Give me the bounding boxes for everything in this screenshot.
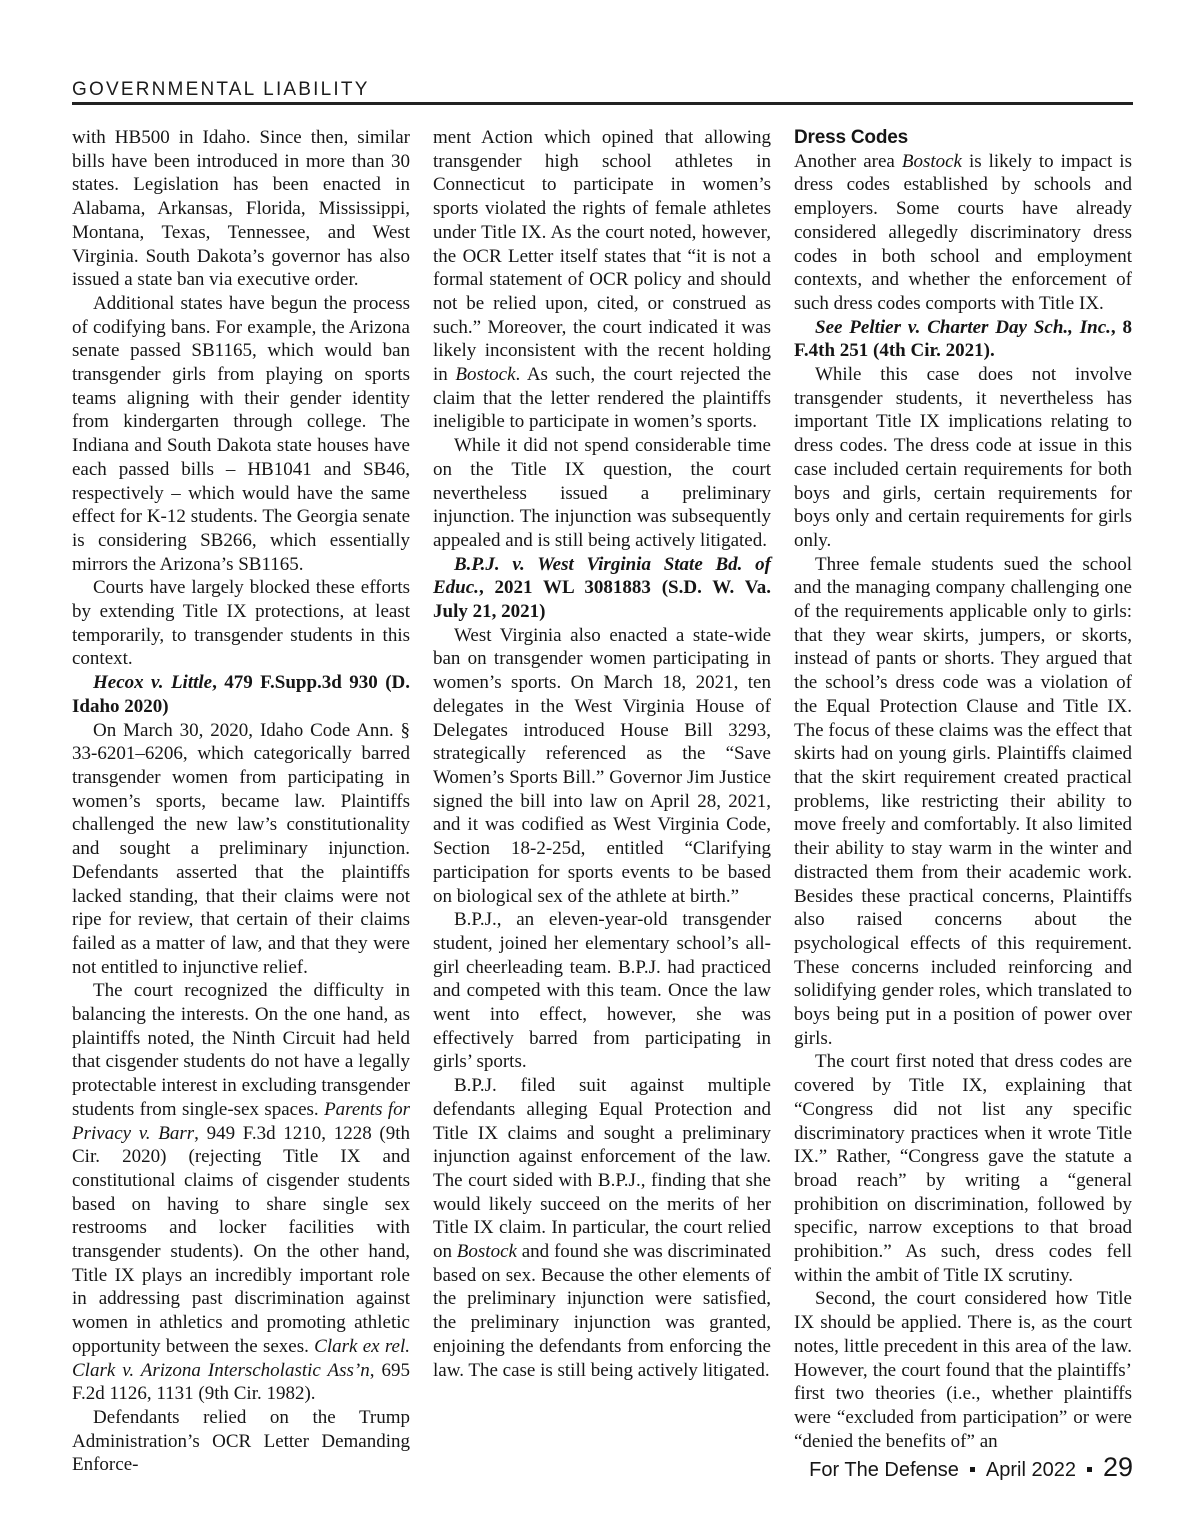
text-column-3: Dress CodesAnother area Bostock is likel… [794, 126, 1132, 1477]
issue-date: April 2022 [986, 1459, 1076, 1482]
paragraph: B.P.J., an eleven-year-old transgender s… [433, 908, 771, 1074]
journal-name: For The Defense [809, 1459, 959, 1482]
paragraph: Another area Bostock is likely to impact… [794, 150, 1132, 316]
paragraph: While this case does not involve transge… [794, 363, 1132, 553]
paragraph: Courts have largely blocked these effort… [72, 576, 410, 671]
paragraph: The court recognized the difficulty in b… [72, 979, 410, 1406]
paragraph: While it did not spend considerable time… [433, 434, 771, 553]
case-citation: See Peltier v. Charter Day Sch., Inc., 8… [794, 316, 1132, 363]
paragraph: with HB500 in Idaho. Since then, similar… [72, 126, 410, 292]
page-number: 29 [1103, 1457, 1133, 1477]
article-body: with HB500 in Idaho. Since then, similar… [72, 126, 1133, 1477]
text-column-2: ment Action which opined that allowing t… [433, 126, 771, 1477]
paragraph: Second, the court considered how Title I… [794, 1287, 1132, 1453]
section-kicker: GOVERNMENTAL LIABILITY [72, 79, 370, 101]
magazine-page: GOVERNMENTAL LIABILITY with HB500 in Ida… [0, 0, 1200, 1535]
header-rule [72, 102, 1133, 105]
separator-square-icon [1087, 1467, 1092, 1472]
text-column-1: with HB500 in Idaho. Since then, similar… [72, 126, 410, 1477]
section-heading: Dress Codes [794, 126, 1132, 150]
paragraph: The court first noted that dress codes a… [794, 1050, 1132, 1287]
paragraph: On March 30, 2020, Idaho Code Ann. § 33-… [72, 719, 410, 980]
paragraph: Three female students sued the school an… [794, 553, 1132, 1051]
separator-square-icon [970, 1467, 975, 1472]
paragraph: ment Action which opined that allowing t… [433, 126, 771, 434]
paragraph: Additional states have begun the process… [72, 292, 410, 576]
paragraph: B.P.J. filed suit against multiple defen… [433, 1074, 771, 1382]
paragraph: West Virginia also enacted a state-wide … [433, 624, 771, 908]
case-citation: B.P.J. v. West Virginia State Bd. of Edu… [433, 553, 771, 624]
paragraph: Defendants relied on the Trump Administr… [72, 1406, 410, 1477]
case-citation: Hecox v. Little, 479 F.Supp.3d 930 (D. I… [72, 671, 410, 718]
page-footer: For The Defense April 2022 29 [809, 1457, 1133, 1482]
